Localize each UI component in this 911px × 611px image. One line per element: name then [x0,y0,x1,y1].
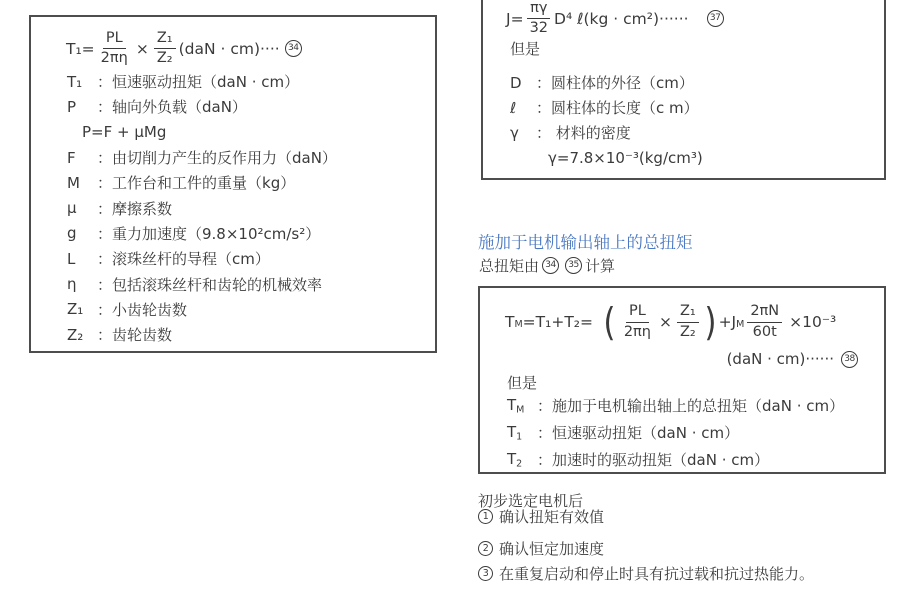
label-base: T [507,396,516,414]
symbol-label: P [67,98,97,116]
symbol-label: F [67,149,97,167]
fraction-pigamma-over-32: πγ 32 [527,0,551,37]
note-item-1: 1 确认扭矩有效值 [478,506,604,527]
symbol-label: ℓ [510,99,536,117]
symbol-desc: ：工作台和工件的重量（kg） [97,172,295,193]
symbol-desc: ：由切削力产生的反作用力（daN） [97,147,337,168]
definition-row: TM ：施加于电机输出轴上的总扭矩（daN · cm） [507,392,880,419]
symbol-label: T₁ [67,73,97,91]
definitions-list: T₁ ：恒速驱动扭矩（daN · cm） P ：轴向外负载（daN） P=F +… [67,69,431,347]
circled-ref-38-icon: 38 [841,351,858,368]
symbol-desc: ：轴向外负载（daN） [97,96,247,117]
multiply-sign: × [136,40,149,58]
times-ten-minus-three: ×10⁻³ [789,313,836,331]
symbol-desc: ：恒速驱动扭矩（daN · cm） [537,422,739,443]
fraction-z1-over-z2: Z₁ Z₂ [677,303,699,340]
definition-row: η ：包括滚珠丝杆和齿轮的机械效率 [67,271,431,296]
formula-34-units: (daN · cm)···· [179,40,280,58]
section-heading: 施加于电机输出轴上的总扭矩 [478,229,693,253]
circled-number-2-icon: 2 [478,541,493,556]
symbol-desc: ：圆柱体的外径（cm） [536,72,694,93]
formula-38-units: (daN · cm)······ [727,350,834,368]
formula-34: T₁= PL 2πη × Z₁ Z₂ (daN · cm)···· 34 [66,30,302,67]
sub-equation: P=F + μMg [82,123,166,141]
symbol-label: γ [510,124,536,142]
definition-row: T1 ：恒速驱动扭矩（daN · cm） [507,419,880,446]
symbol-label: T2 [507,450,537,469]
symbol-label: TM [507,396,537,415]
fraction-2pin-over-60t: 2πN 60t [747,303,782,340]
section-subtitle: 总扭矩由 34 35 计算 [479,255,615,276]
subtitle-suffix: 计算 [585,255,615,276]
fraction-denominator: Z₂ [154,49,176,67]
plus-j-base: +J [719,313,737,331]
definition-row: P ：轴向外负载（daN） [67,94,431,119]
symbol-desc: ：圆柱体的长度（c m） [536,97,699,118]
tm-base: T [505,313,514,331]
definition-row-indented: P=F + μMg [67,120,431,145]
symbol-label: L [67,250,97,268]
symbol-label: μ [67,199,97,217]
symbol-desc: ：恒速驱动扭矩（daN · cm） [97,71,299,92]
label-subscript: M [516,405,524,416]
label-base: T [507,423,516,441]
symbol-label: T1 [507,423,537,442]
fraction-numerator: Z₁ [154,30,176,49]
however-label: 但是 [507,372,537,393]
symbol-desc: ：摩擦系数 [97,198,172,219]
label-subscript: 1 [516,432,522,443]
symbol-desc: ：施加于电机输出轴上的总扭矩（daN · cm） [537,395,844,416]
definition-row: γ ： 材料的密度 [510,120,880,145]
circled-ref-37-icon: 37 [707,10,724,27]
fraction-pl-over-2pieta: PL 2πη [621,303,654,340]
note-item-2: 2 确认恒定加速度 [478,538,604,559]
circled-number-3-icon: 3 [478,566,493,581]
formula-38: TM=T₁+T₂= ( PL 2πη × Z₁ Z₂ ) +JM 2πN 60t… [505,303,836,341]
circled-ref-34-icon: 34 [285,40,302,57]
definition-row: T2 ：加速时的驱动扭矩（daN · cm） [507,446,880,473]
fraction-pl-over-2pieta: PL 2πη [98,30,131,67]
definition-row: Z₁ ：小齿轮齿数 [67,297,431,322]
formula-37-body: D⁴ ℓ(kg · cm²)······ [554,10,689,28]
circled-number-1-icon: 1 [478,509,493,524]
symbol-desc: ：加速时的驱动扭矩（daN · cm） [537,449,769,470]
definitions-list: TM ：施加于电机输出轴上的总扭矩（daN · cm） T1 ：恒速驱动扭矩（d… [507,392,880,473]
formula-box-j: J= πγ 32 D⁴ ℓ(kg · cm²)······ 37 但是 D ：圆… [481,0,886,180]
symbol-desc: ：小齿轮齿数 [97,299,187,320]
label-subscript: 2 [516,459,522,470]
jm-subscript: M [736,320,744,330]
formula-box-t1: T₁= PL 2πη × Z₁ Z₂ (daN · cm)···· 34 T₁ … [29,15,437,353]
symbol-desc: ：包括滚珠丝杆和齿轮的机械效率 [97,274,322,295]
formula-38-lhs: TM=T₁+T₂= [505,313,593,331]
fraction-numerator: PL [626,303,649,322]
symbol-label: M [67,174,97,192]
definition-row: μ ：摩擦系数 [67,195,431,220]
note-item-3: 3 在重复启动和停止时具有抗过载和抗过热能力。 [478,563,814,584]
formula-37: J= πγ 32 D⁴ ℓ(kg · cm²)······ 37 [506,0,724,37]
definition-row: F ：由切削力产生的反作用力（daN） [67,145,431,170]
definition-row: g ：重力加速度（9.8×10²cm/s²） [67,221,431,246]
symbol-desc: ：齿轮齿数 [97,324,172,345]
label-base: T [507,450,516,468]
left-parenthesis: ( [603,303,615,341]
fraction-numerator: PL [103,30,126,49]
symbol-desc: ：滚珠丝杆的导程（cm） [97,248,270,269]
sub-equation: γ=7.8×10⁻³(kg/cm³) [548,149,703,167]
definitions-list: D ：圆柱体的外径（cm） ℓ ：圆柱体的长度（c m） γ ： 材料的密度 γ… [510,70,880,170]
formula-38-units-line: (daN · cm)······ 38 [727,350,858,368]
definition-row: T₁ ：恒速驱动扭矩（daN · cm） [67,69,431,94]
note-text: 确认扭矩有效值 [499,506,604,527]
definition-row: Z₂ ：齿轮齿数 [67,322,431,347]
symbol-label: η [67,275,97,293]
definition-row: L ：滚珠丝杆的导程（cm） [67,246,431,271]
formula-box-tm: TM=T₁+T₂= ( PL 2πη × Z₁ Z₂ ) +JM 2πN 60t… [478,286,886,474]
circled-ref-34-icon: 34 [542,257,559,274]
formula-34-lhs: T₁= [66,40,95,58]
lhs-rest: =T₁+T₂= [523,313,593,331]
right-parenthesis: ) [704,303,716,341]
formula-37-lhs: J= [506,10,524,28]
definition-row: D ：圆柱体的外径（cm） [510,70,880,95]
symbol-label: Z₁ [67,300,97,318]
symbol-desc: ：重力加速度（9.8×10²cm/s²） [97,223,320,244]
fraction-z1-over-z2: Z₁ Z₂ [154,30,176,67]
note-text: 在重复启动和停止时具有抗过载和抗过热能力。 [499,563,814,584]
fraction-denominator: 60t [750,323,780,341]
fraction-numerator: Z₁ [677,303,699,322]
symbol-label: D [510,74,536,92]
symbol-desc: ： 材料的密度 [536,122,631,143]
definition-row-indented: γ=7.8×10⁻³(kg/cm³) [510,145,880,170]
plus-jm-term: +JM [719,313,745,331]
fraction-denominator: 2πη [621,323,654,341]
however-label: 但是 [510,38,540,59]
circled-ref-35-icon: 35 [565,257,582,274]
subtitle-prefix: 总扭矩由 [479,255,539,276]
note-text: 确认恒定加速度 [499,538,604,559]
symbol-label: Z₂ [67,326,97,344]
multiply-sign: × [659,313,672,331]
definition-row: M ：工作台和工件的重量（kg） [67,170,431,195]
manual-page: T₁= PL 2πη × Z₁ Z₂ (daN · cm)···· 34 T₁ … [0,0,911,611]
definition-row: ℓ ：圆柱体的长度（c m） [510,95,880,120]
fraction-denominator: 2πη [98,49,131,67]
fraction-denominator: Z₂ [677,323,699,341]
fraction-numerator: πγ [527,0,550,19]
fraction-denominator: 32 [527,19,551,37]
fraction-numerator: 2πN [747,303,782,322]
symbol-label: g [67,224,97,242]
tm-subscript: M [514,320,522,330]
